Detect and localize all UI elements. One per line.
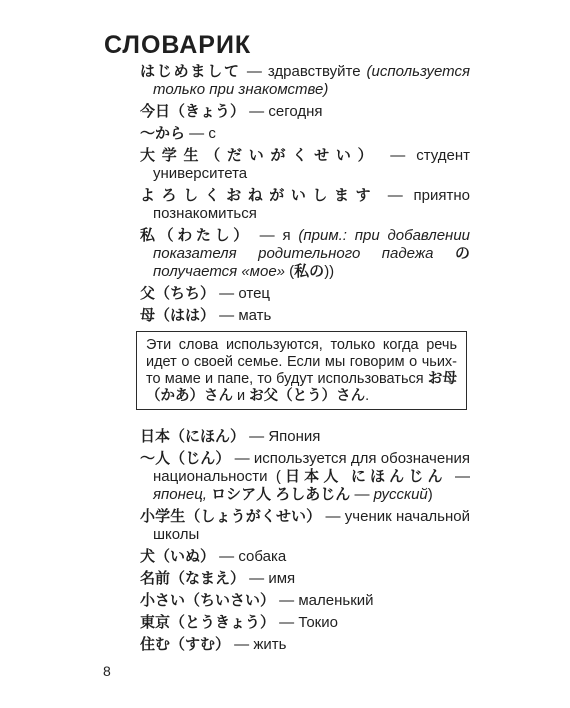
text-segment-ru: Эти слова используются, только когда реч… xyxy=(146,337,457,387)
text-segment-jp: ～人（じん） xyxy=(140,450,230,467)
usage-note-box: Эти слова используются, только когда реч… xyxy=(136,331,467,410)
entry-shougakusei: 小学生（しょうがくせい） — ученик начальной школы xyxy=(140,508,470,544)
text-segment-jp: 今日（きょう） xyxy=(140,103,245,120)
entry-watashi: 私（わたし） — я (прим.: при добавлении показа… xyxy=(140,227,470,281)
text-segment-jp: 日本（にほん） xyxy=(140,428,245,445)
text-segment-ru: — собака xyxy=(215,548,286,565)
entry-hajimemashite: はじめまして — здравствуйте (используется толь… xyxy=(140,63,470,99)
entry-chichi: 父（ちち） — отец xyxy=(140,285,470,303)
text-segment-ru: — имя xyxy=(245,570,295,587)
text-segment-jp: の xyxy=(455,245,470,262)
text-segment-jp: 小さい（ちいさい） xyxy=(140,592,275,609)
text-segment-jp: ロシア人 ろしあじん xyxy=(211,486,350,503)
entry-yoroshiku: よろしくおねがいします — приятно познакомиться xyxy=(140,187,470,223)
text-segment-jp: よろしくおねがいします xyxy=(140,187,377,204)
entry-chiisai: 小さい（ちいさい） — маленький xyxy=(140,592,470,610)
text-segment-ru: . xyxy=(365,388,369,404)
text-segment-jp: 母（はは） xyxy=(140,307,215,324)
entry-kyou: 今日（きょう） — сегодня xyxy=(140,103,470,121)
entry-kara: ～から — с xyxy=(140,125,470,143)
entry-inu: 犬（いぬ） — собака xyxy=(140,548,470,566)
text-segment-jp: 東京（とうきょう） xyxy=(140,614,275,631)
page-title: СЛОВАРИК xyxy=(104,31,251,60)
text-segment-ru: — отец xyxy=(215,285,270,302)
text-segment-ru: — сегодня xyxy=(245,103,323,120)
text-segment-ru: )) xyxy=(324,263,334,280)
text-segment-ru: — xyxy=(350,486,373,503)
text-segment-jp: 私の xyxy=(294,263,324,280)
text-segment-jp: 住む（すむ） xyxy=(140,636,230,653)
entry-haha: 母（はは） — мать xyxy=(140,307,470,325)
entry-jin: ～人（じん） — используется для обозначения на… xyxy=(140,450,470,504)
text-segment-ru: и xyxy=(233,388,249,404)
text-segment-jp: 父（ちち） xyxy=(140,285,215,302)
text-segment-jp: はじめまして xyxy=(140,63,241,80)
page-number: 8 xyxy=(103,663,111,679)
vocabulary-content: はじめまして — здравствуйте (используется толь… xyxy=(140,63,470,658)
text-segment-jp: 私（わたし） xyxy=(140,227,252,244)
text-segment-it: русский xyxy=(374,486,428,503)
vocab-list-bottom: 日本（にほん） — Япония～人（じん） — используется дл… xyxy=(140,428,470,654)
text-segment-ru: ) xyxy=(428,486,433,503)
text-segment-jp: 大学生（だいがくせい） xyxy=(140,147,379,164)
text-segment-ru: — жить xyxy=(230,636,286,653)
text-segment-jp: 名前（なまえ） xyxy=(140,570,245,587)
text-segment-jp: お父（とう）さん xyxy=(249,388,365,404)
text-segment-ru: — Япония xyxy=(245,428,320,445)
text-segment-it: японец, xyxy=(153,486,207,503)
text-segment-ru: — с xyxy=(185,125,216,142)
entry-namae: 名前（なまえ） — имя xyxy=(140,570,470,588)
text-segment-ru: — xyxy=(447,468,470,485)
text-segment-ru: — мать xyxy=(215,307,271,324)
text-segment-ru: — маленький xyxy=(275,592,374,609)
text-segment-ru: — здравствуйте xyxy=(241,63,367,80)
entry-nihon: 日本（にほん） — Япония xyxy=(140,428,470,446)
text-segment-jp: 小学生（しょうがくせい） xyxy=(140,508,321,525)
entry-sumu: 住む（すむ） — жить xyxy=(140,636,470,654)
text-segment-ru: — я xyxy=(252,227,299,244)
entry-toukyou: 東京（とうきょう） — Токио xyxy=(140,614,470,632)
text-segment-jp: ～から xyxy=(140,125,185,142)
vocab-list-top: はじめまして — здравствуйте (используется толь… xyxy=(140,63,470,325)
entry-daigakusei: 大学生（だいがくせい） — студент университета xyxy=(140,147,470,183)
text-segment-ru: — Токио xyxy=(275,614,338,631)
text-segment-it: получается «мое» xyxy=(153,263,289,280)
text-segment-jp: 犬（いぬ） xyxy=(140,548,215,565)
text-segment-jp: 日本人 にほんじん xyxy=(281,468,447,485)
